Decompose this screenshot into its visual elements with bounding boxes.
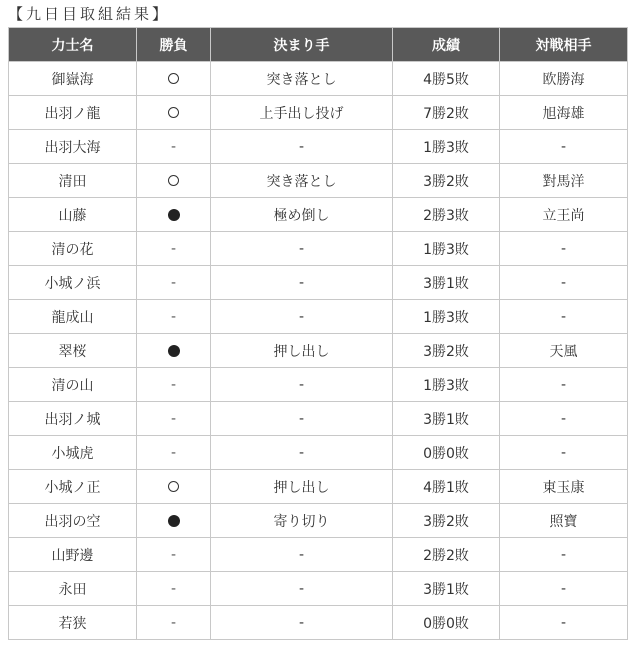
- kimarite-cell: -: [211, 368, 393, 402]
- wrestler-name-cell: 山野邊: [9, 538, 137, 572]
- no-result-dash: -: [171, 241, 176, 257]
- table-row: 山野邊--2勝2敗-: [9, 538, 628, 572]
- result-cell: -: [137, 266, 211, 300]
- table-row: 清田突き落とし3勝2敗對馬洋: [9, 164, 628, 198]
- kimarite-cell: -: [211, 538, 393, 572]
- result-cell: -: [137, 402, 211, 436]
- record-cell: 3勝1敗: [393, 572, 500, 606]
- opponent-cell: -: [500, 368, 628, 402]
- table-row: 御嶽海突き落とし4勝5敗欧勝海: [9, 62, 628, 96]
- header-result: 勝負: [137, 28, 211, 62]
- opponent-cell: 立王尚: [500, 198, 628, 232]
- record-cell: 1勝3敗: [393, 130, 500, 164]
- record-cell: 0勝0敗: [393, 606, 500, 640]
- record-cell: 4勝5敗: [393, 62, 500, 96]
- no-result-dash: -: [171, 445, 176, 461]
- opponent-cell: -: [500, 436, 628, 470]
- win-circle-icon: [168, 73, 179, 84]
- opponent-cell: -: [500, 402, 628, 436]
- table-row: 龍成山--1勝3敗-: [9, 300, 628, 334]
- table-header-row: 力士名 勝負 決まり手 成績 対戦相手: [9, 28, 628, 62]
- opponent-cell: -: [500, 266, 628, 300]
- wrestler-name-cell: 小城虎: [9, 436, 137, 470]
- wrestler-name-cell: 小城ノ浜: [9, 266, 137, 300]
- wrestler-name-cell: 清の山: [9, 368, 137, 402]
- kimarite-cell: 押し出し: [211, 470, 393, 504]
- table-row: 出羽の空寄り切り3勝2敗照寶: [9, 504, 628, 538]
- opponent-cell: 天風: [500, 334, 628, 368]
- table-row: 永田--3勝1敗-: [9, 572, 628, 606]
- no-result-dash: -: [171, 309, 176, 325]
- opponent-cell: 東玉康: [500, 470, 628, 504]
- record-cell: 1勝3敗: [393, 368, 500, 402]
- header-kimarite: 決まり手: [211, 28, 393, 62]
- result-cell: -: [137, 368, 211, 402]
- result-cell: -: [137, 572, 211, 606]
- header-opponent: 対戦相手: [500, 28, 628, 62]
- kimarite-cell: 寄り切り: [211, 504, 393, 538]
- loss-filled-circle-icon: [168, 345, 180, 357]
- record-cell: 4勝1敗: [393, 470, 500, 504]
- result-cell: [137, 96, 211, 130]
- result-cell: -: [137, 232, 211, 266]
- opponent-cell: 欧勝海: [500, 62, 628, 96]
- opponent-cell: 照寶: [500, 504, 628, 538]
- kimarite-cell: -: [211, 402, 393, 436]
- record-cell: 3勝2敗: [393, 164, 500, 198]
- result-cell: -: [137, 436, 211, 470]
- no-result-dash: -: [171, 615, 176, 631]
- opponent-cell: -: [500, 130, 628, 164]
- no-result-dash: -: [171, 377, 176, 393]
- opponent-cell: -: [500, 606, 628, 640]
- wrestler-name-cell: 小城ノ正: [9, 470, 137, 504]
- table-row: 出羽ノ城--3勝1敗-: [9, 402, 628, 436]
- wrestler-name-cell: 山藤: [9, 198, 137, 232]
- kimarite-cell: 極め倒し: [211, 198, 393, 232]
- record-cell: 3勝1敗: [393, 266, 500, 300]
- wrestler-name-cell: 御嶽海: [9, 62, 137, 96]
- opponent-cell: 旭海雄: [500, 96, 628, 130]
- record-cell: 1勝3敗: [393, 300, 500, 334]
- opponent-cell: -: [500, 300, 628, 334]
- result-cell: [137, 504, 211, 538]
- table-row: 小城ノ浜--3勝1敗-: [9, 266, 628, 300]
- kimarite-cell: -: [211, 606, 393, 640]
- header-wrestler-name: 力士名: [9, 28, 137, 62]
- result-cell: [137, 62, 211, 96]
- record-cell: 0勝0敗: [393, 436, 500, 470]
- loss-filled-circle-icon: [168, 515, 180, 527]
- kimarite-cell: -: [211, 300, 393, 334]
- wrestler-name-cell: 出羽ノ城: [9, 402, 137, 436]
- table-row: 若狭--0勝0敗-: [9, 606, 628, 640]
- kimarite-cell: 突き落とし: [211, 62, 393, 96]
- record-cell: 3勝2敗: [393, 334, 500, 368]
- wrestler-name-cell: 清の花: [9, 232, 137, 266]
- no-result-dash: -: [171, 581, 176, 597]
- wrestler-name-cell: 龍成山: [9, 300, 137, 334]
- no-result-dash: -: [171, 275, 176, 291]
- result-cell: [137, 334, 211, 368]
- kimarite-cell: -: [211, 266, 393, 300]
- record-cell: 3勝1敗: [393, 402, 500, 436]
- opponent-cell: 對馬洋: [500, 164, 628, 198]
- result-cell: -: [137, 606, 211, 640]
- result-cell: -: [137, 130, 211, 164]
- table-row: 出羽大海--1勝3敗-: [9, 130, 628, 164]
- win-circle-icon: [168, 481, 179, 492]
- opponent-cell: -: [500, 538, 628, 572]
- table-row: 翠桜押し出し3勝2敗天風: [9, 334, 628, 368]
- opponent-cell: -: [500, 572, 628, 606]
- wrestler-name-cell: 清田: [9, 164, 137, 198]
- no-result-dash: -: [171, 139, 176, 155]
- wrestler-name-cell: 出羽大海: [9, 130, 137, 164]
- page-title: 【九日目取組結果】: [8, 4, 170, 24]
- result-cell: [137, 164, 211, 198]
- result-cell: -: [137, 300, 211, 334]
- table-row: 出羽ノ龍上手出し投げ7勝2敗旭海雄: [9, 96, 628, 130]
- kimarite-cell: -: [211, 436, 393, 470]
- kimarite-cell: -: [211, 572, 393, 606]
- kimarite-cell: 上手出し投げ: [211, 96, 393, 130]
- record-cell: 3勝2敗: [393, 504, 500, 538]
- wrestler-name-cell: 出羽ノ龍: [9, 96, 137, 130]
- table-row: 清の山--1勝3敗-: [9, 368, 628, 402]
- record-cell: 1勝3敗: [393, 232, 500, 266]
- loss-filled-circle-icon: [168, 209, 180, 221]
- record-cell: 7勝2敗: [393, 96, 500, 130]
- opponent-cell: -: [500, 232, 628, 266]
- table-row: 山藤極め倒し2勝3敗立王尚: [9, 198, 628, 232]
- wrestler-name-cell: 出羽の空: [9, 504, 137, 538]
- table-body: 御嶽海突き落とし4勝5敗欧勝海出羽ノ龍上手出し投げ7勝2敗旭海雄出羽大海--1勝…: [9, 62, 628, 640]
- result-cell: [137, 198, 211, 232]
- result-cell: [137, 470, 211, 504]
- wrestler-name-cell: 永田: [9, 572, 137, 606]
- win-circle-icon: [168, 107, 179, 118]
- kimarite-cell: -: [211, 130, 393, 164]
- no-result-dash: -: [171, 411, 176, 427]
- wrestler-name-cell: 若狭: [9, 606, 137, 640]
- kimarite-cell: 突き落とし: [211, 164, 393, 198]
- results-table: 力士名 勝負 決まり手 成績 対戦相手 御嶽海突き落とし4勝5敗欧勝海出羽ノ龍上…: [8, 27, 628, 640]
- table-row: 小城ノ正押し出し4勝1敗東玉康: [9, 470, 628, 504]
- record-cell: 2勝2敗: [393, 538, 500, 572]
- table-row: 小城虎--0勝0敗-: [9, 436, 628, 470]
- record-cell: 2勝3敗: [393, 198, 500, 232]
- kimarite-cell: 押し出し: [211, 334, 393, 368]
- header-record: 成績: [393, 28, 500, 62]
- wrestler-name-cell: 翠桜: [9, 334, 137, 368]
- no-result-dash: -: [171, 547, 176, 563]
- win-circle-icon: [168, 175, 179, 186]
- kimarite-cell: -: [211, 232, 393, 266]
- table-row: 清の花--1勝3敗-: [9, 232, 628, 266]
- result-cell: -: [137, 538, 211, 572]
